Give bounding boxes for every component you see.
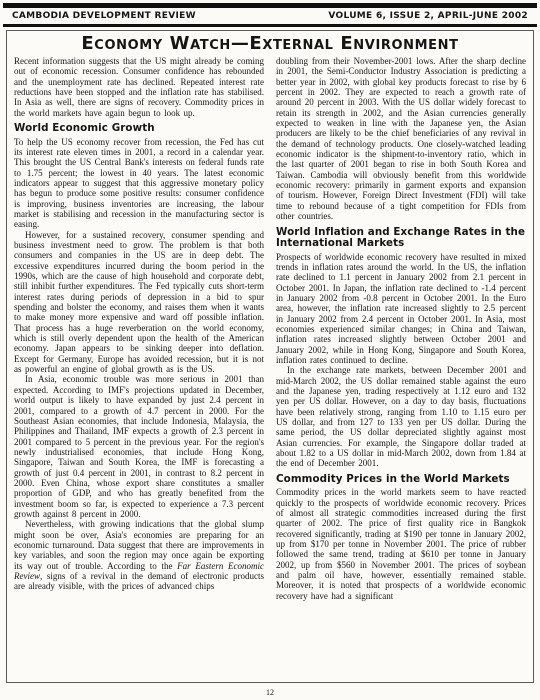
left-column: Recent information suggests that the US … bbox=[14, 56, 264, 601]
right-column: doubling from their November-2001 lows. … bbox=[276, 56, 526, 601]
section-heading-world-economic-growth: World Economic Growth bbox=[14, 123, 264, 135]
paragraph-fed-policy: To help the US economy recover from rece… bbox=[14, 137, 264, 230]
paragraph-intro: Recent information suggests that the US … bbox=[14, 56, 264, 118]
paragraph-sustained-recovery: However, for a sustained recovery, consu… bbox=[14, 230, 264, 375]
masthead-publication: CAMBODIA DEVELOPMENT REVIEW bbox=[12, 11, 196, 21]
paragraph-exchange-rates: In the exchange rate markets, between De… bbox=[276, 365, 526, 468]
paragraph-asia-growth: In Asia, economic trouble was more serio… bbox=[14, 374, 264, 519]
article-frame: Economy Watch—External Environment Recen… bbox=[6, 30, 534, 683]
paragraph-commodity-prices: Commodity prices in the world markets se… bbox=[276, 487, 526, 601]
section-heading-world-inflation: World Inflation and Exchange Rates in th… bbox=[276, 227, 526, 250]
section-heading-commodity-prices: Commodity Prices in the World Markets bbox=[276, 474, 526, 486]
turnaround-text-continued: , signs of a revival in the demand of el… bbox=[14, 571, 264, 591]
article-title: Economy Watch—External Environment bbox=[14, 34, 526, 54]
masthead-rule bbox=[3, 24, 537, 27]
masthead: CAMBODIA DEVELOPMENT REVIEW VOLUME 6, IS… bbox=[0, 8, 540, 23]
paragraph-asia-turnaround: Nevertheless, with growing indications t… bbox=[14, 519, 264, 591]
paragraph-semiconductor: doubling from their November-2001 lows. … bbox=[276, 56, 526, 222]
masthead-issue: VOLUME 6, ISSUE 2, APRIL-JUNE 2002 bbox=[328, 11, 528, 21]
paragraph-inflation-trends: Prospects of worldwide economic recovery… bbox=[276, 252, 526, 366]
two-column-body: Recent information suggests that the US … bbox=[14, 56, 526, 601]
page-number: 12 bbox=[0, 688, 540, 697]
